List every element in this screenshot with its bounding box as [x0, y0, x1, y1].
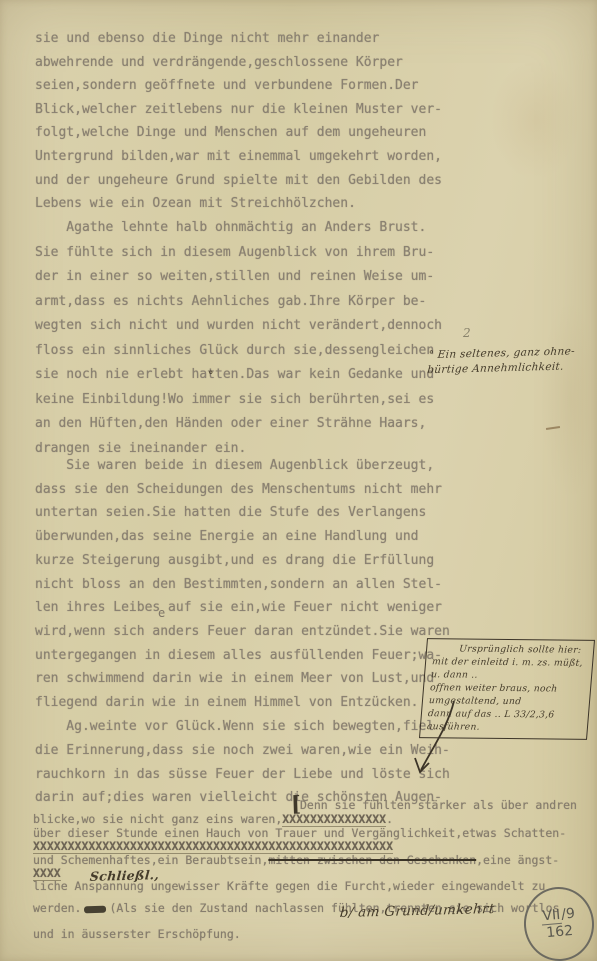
insertion-arrow-icon	[407, 700, 467, 782]
revision-line-x-full: XXXXXXXXXXXXXXXXXXXXXXXXXXXXXXXXXXXXXXXX…	[33, 839, 393, 853]
revision-line-schemen: und Schemenhaftes,ein Beraubtsein,mitten…	[33, 853, 559, 867]
overtyped-x-line: XXXXXXXXXXXXXXXXXXXXXXXXXXXXXXXXXXXXXXXX…	[33, 839, 393, 854]
ink-struck-phrase: mitten zwischen den Geschenken	[268, 853, 476, 867]
stamp-numerator: VII	[541, 907, 562, 926]
revision-line-ueber: über dieser Stunde einen Hauch von Traue…	[33, 826, 566, 840]
pencil-numeral: 2	[463, 326, 471, 340]
revision-text: und Schemenhaftes,ein Beraubtsein,	[33, 853, 268, 867]
stamp-number: 162	[546, 923, 574, 942]
overtyped-x-run: XXXXXXXXXXXXXXX	[282, 812, 386, 827]
revision-insert-line: Denn sie fühlten stärker als über andren	[300, 798, 577, 812]
revision-text: .	[386, 812, 393, 826]
manuscript-page: sie und ebenso die Dinge nicht mehr eina…	[0, 0, 597, 961]
margin-note-line2: bürtige Annehmlichkeit.	[427, 361, 564, 377]
boxed-note-line2: mit der einleitd i. m. zs. müßt, u. dann…	[431, 655, 588, 683]
handwritten-schliessl: Schließl.,	[89, 867, 159, 884]
typed-paragraph-1: sie und ebenso die Dinge nicht mehr eina…	[35, 27, 442, 216]
margin-note: ° Ein seltenes, ganz ohne-bürtige Annehm…	[427, 344, 595, 378]
insertion-circle-mark: °	[208, 369, 214, 382]
margin-pen-dash	[546, 426, 560, 430]
revision-text: ,eine ängst-	[476, 853, 559, 867]
revision-text: blicke,wo sie nicht ganz eins waren,	[33, 812, 282, 826]
typed-paragraph-4: Ag.weinte vor Glück.Wenn sie sich bewegt…	[35, 715, 450, 810]
revision-text: werden.	[33, 901, 81, 915]
archive-folio-stamp: VII/9 162	[521, 884, 597, 961]
revision-line-x-short: XXXX	[33, 866, 61, 880]
handwritten-bottom-note: b/ am Grund/umkehrt	[339, 901, 495, 921]
margin-note-line1: Ein seltenes, ganz ohne-	[434, 345, 576, 361]
boxed-note-line1: Ursprünglich sollte hier:	[459, 643, 589, 657]
ink-blot-deletion	[84, 906, 106, 914]
typed-inserted-letter-e: e	[158, 606, 165, 620]
revision-line-last: und in äusserster Erschöpfung.	[33, 927, 241, 941]
typed-paragraph-3: Sie waren beide in diesem Augenblick übe…	[35, 454, 450, 715]
stamp-denominator: /9	[561, 906, 576, 923]
paper-stain	[490, 60, 580, 180]
revision-line-blicke: blicke,wo sie nicht ganz eins waren,XXXX…	[33, 812, 393, 826]
typed-paragraph-2: Agathe lehnte halb ohnmächtig an Anders …	[35, 216, 442, 461]
paper-stain	[540, 300, 597, 500]
